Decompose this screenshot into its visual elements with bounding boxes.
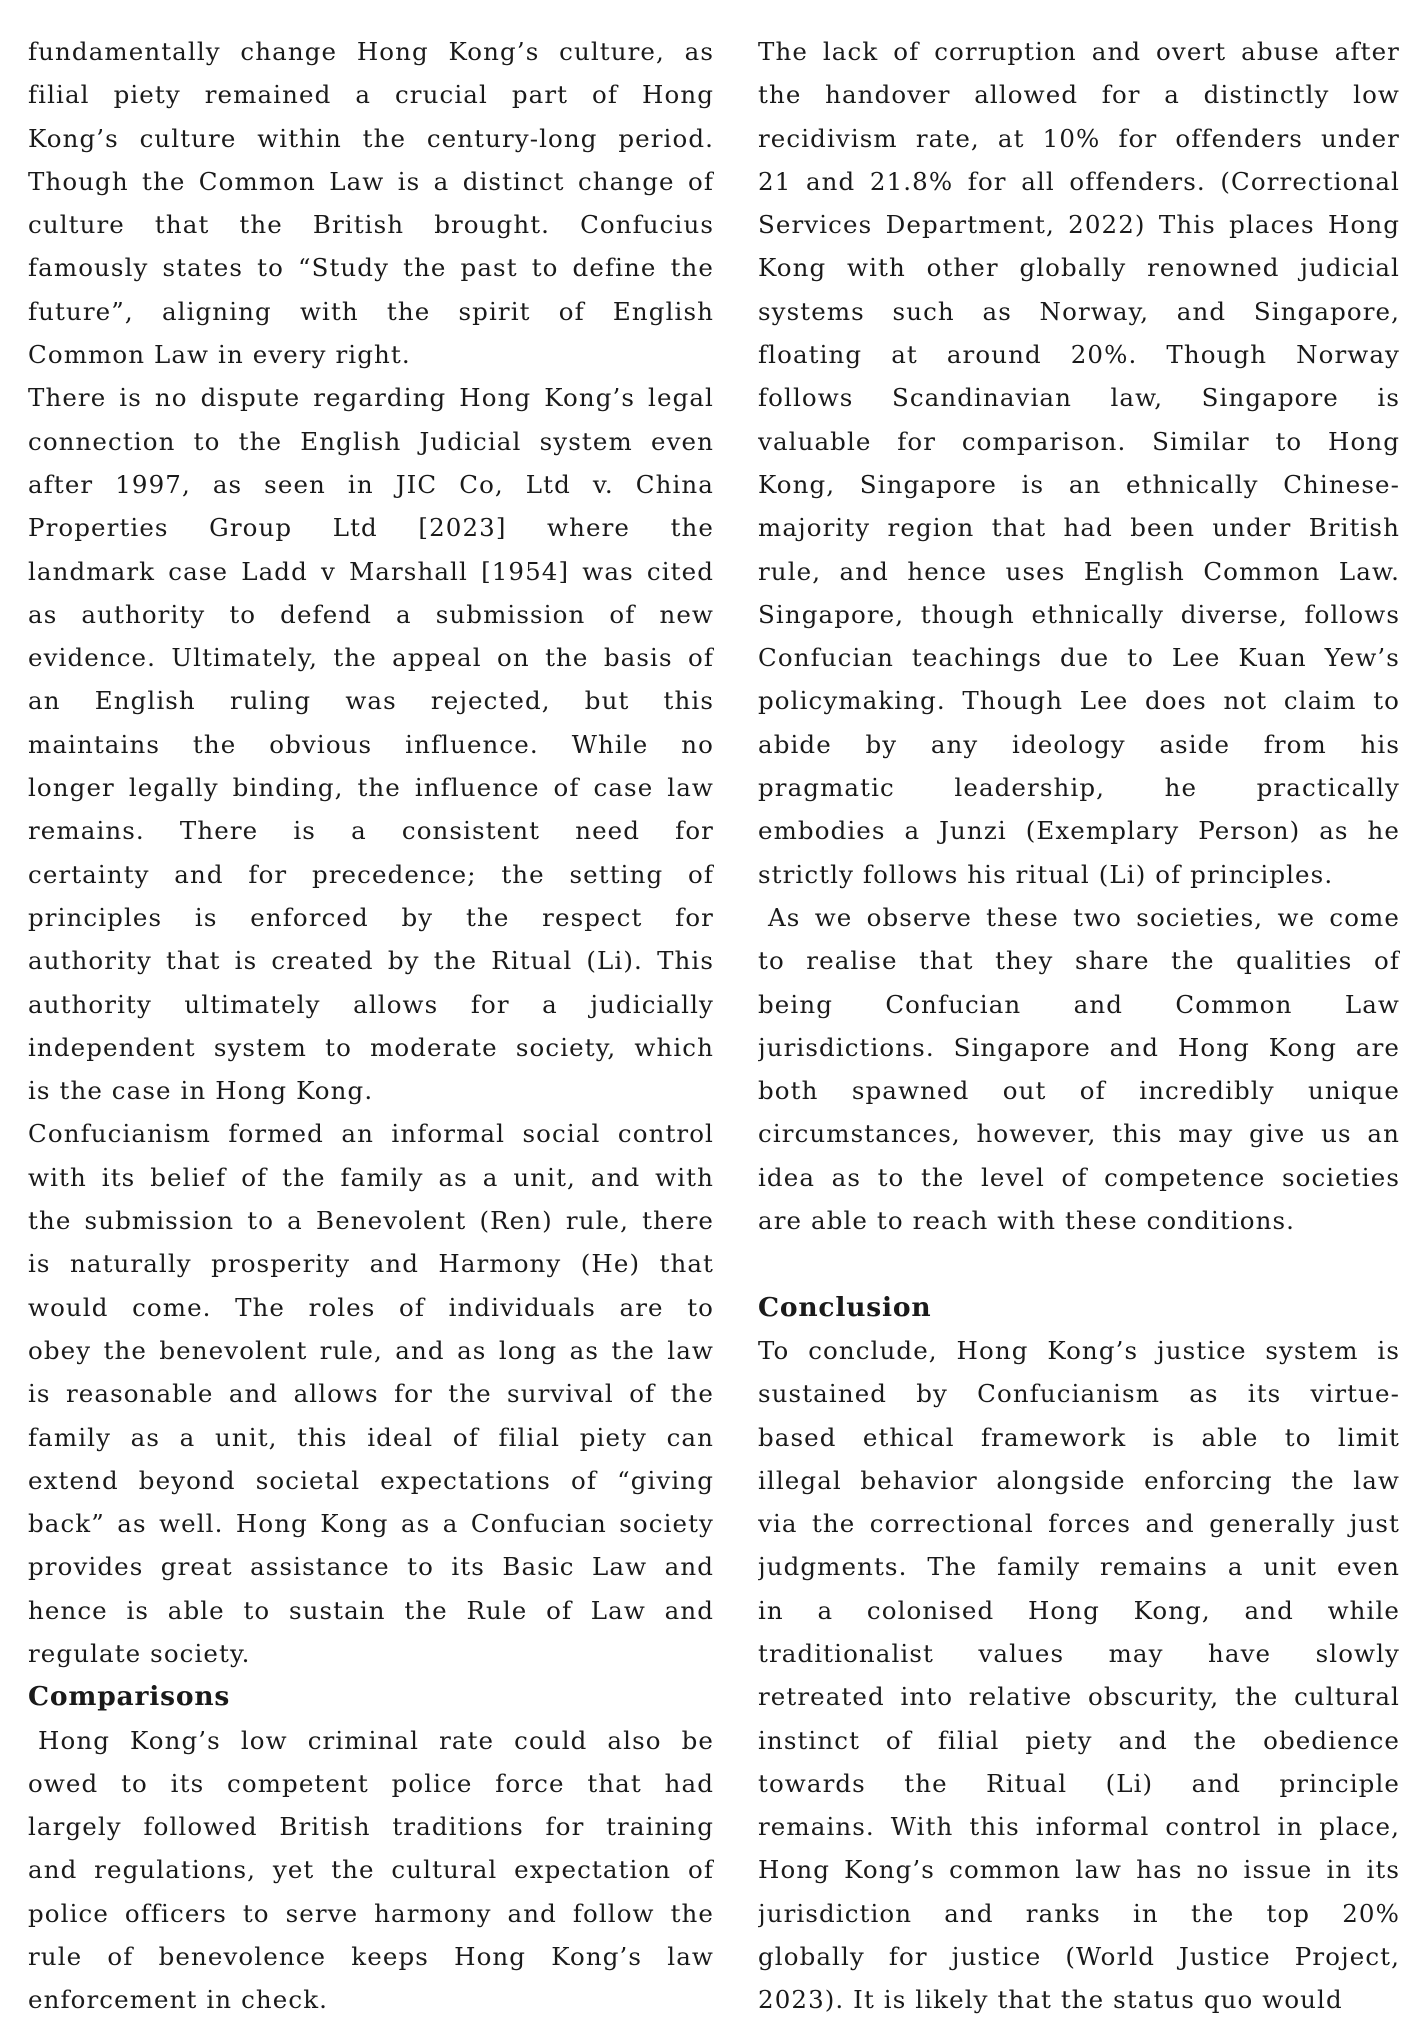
text-line: Common Law in every right.	[28, 333, 714, 376]
text-line: is reasonable and allows for the surviva…	[28, 1372, 714, 1415]
paragraph: There is no dispute regarding Hong Kong’…	[28, 376, 714, 1112]
text-line: authority ultimately allows for a judici…	[28, 983, 714, 1026]
text-line: retreated into relative obscurity, the c…	[758, 1675, 1400, 1718]
text-line: filial piety remained a crucial part of …	[28, 73, 714, 116]
text-line: connection to the English Judicial syste…	[28, 420, 714, 463]
text-line: would come. The roles of individuals are…	[28, 1286, 714, 1329]
right-column: The lack of corruption and overt abuse a…	[758, 30, 1400, 2022]
text-line: abide by any ideology aside from his	[758, 723, 1400, 766]
text-line: based ethical framework is able to limit	[758, 1416, 1400, 1459]
text-line: evidence. Ultimately, the appeal on the …	[28, 636, 714, 679]
text-line: judgments. The family remains a unit eve…	[758, 1545, 1400, 1588]
text-line: extend beyond societal expectations of “…	[28, 1459, 714, 1502]
text-line: back” as well. Hong Kong as a Confucian …	[28, 1502, 714, 1545]
text-line: towards the Ritual (Li) and principle	[758, 1762, 1400, 1805]
text-line: principles is enforced by the respect fo…	[28, 896, 714, 939]
text-line: instinct of filial piety and the obedien…	[758, 1719, 1400, 1762]
text-line: Hong Kong’s low criminal rate could also…	[28, 1719, 714, 1762]
text-line: Confucianism formed an informal social c…	[28, 1112, 714, 1155]
text-line: family as a unit, this ideal of filial p…	[28, 1416, 714, 1459]
text-line: with its belief of the family as a unit,…	[28, 1156, 714, 1199]
text-line: To conclude, Hong Kong’s justice system …	[758, 1329, 1400, 1372]
text-line: hence is able to sustain the Rule of Law…	[28, 1589, 714, 1632]
text-line: famously states to “Study the past to de…	[28, 246, 714, 289]
text-line: maintains the obvious influence. While n…	[28, 723, 714, 766]
text-line: is the case in Hong Kong.	[28, 1069, 714, 1112]
text-line: 21 and 21.8% for all offenders. (Correct…	[758, 160, 1400, 203]
text-line: independent system to moderate society, …	[28, 1026, 714, 1069]
text-line: the handover allowed for a distinctly lo…	[758, 73, 1400, 116]
text-line: circumstances, however, this may give us…	[758, 1112, 1400, 1155]
text-line: being Confucian and Common Law	[758, 983, 1400, 1026]
text-line: after 1997, as seen in JIC Co, Ltd v. Ch…	[28, 463, 714, 506]
text-line: embodies a Junzi (Exemplary Person) as h…	[758, 809, 1400, 852]
text-line: owed to its competent police force that …	[28, 1762, 714, 1805]
text-line: rule, and hence uses English Common Law.	[758, 550, 1400, 593]
text-line: jurisdictions. Singapore and Hong Kong a…	[758, 1026, 1400, 1069]
text-line: authority that is created by the Ritual …	[28, 939, 714, 982]
text-line: regulate society.	[28, 1632, 714, 1675]
text-line: enforcement in check.	[28, 1978, 714, 2021]
text-line: both spawned out of incredibly unique	[758, 1069, 1400, 1112]
text-line: Singapore, though ethnically diverse, fo…	[758, 593, 1400, 636]
text-line: the submission to a Benevolent (Ren) rul…	[28, 1199, 714, 1242]
text-line: and regulations, yet the cultural expect…	[28, 1848, 714, 1891]
paragraph: As we observe these two societies, we co…	[758, 896, 1400, 1242]
text-line: majority region that had been under Brit…	[758, 506, 1400, 549]
text-line: in a colonised Hong Kong, and while	[758, 1589, 1400, 1632]
paragraph: fundamentally change Hong Kong’s culture…	[28, 30, 714, 376]
paragraph-spacer	[758, 1242, 1400, 1285]
text-line: Properties Group Ltd [2023] where the	[28, 506, 714, 549]
text-line: policymaking. Though Lee does not claim …	[758, 679, 1400, 722]
text-line: largely followed British traditions for …	[28, 1805, 714, 1848]
text-line: remains. There is a consistent need for	[28, 809, 714, 852]
text-line: Kong with other globally renowned judici…	[758, 246, 1400, 289]
text-line: Services Department, 2022) This places H…	[758, 203, 1400, 246]
text-line: traditionalist values may have slowly	[758, 1632, 1400, 1675]
text-line: Confucian teachings due to Lee Kuan Yew’…	[758, 636, 1400, 679]
text-line: recidivism rate, at 10% for offenders un…	[758, 117, 1400, 160]
text-line: Kong’s culture within the century-long p…	[28, 117, 714, 160]
text-line: via the correctional forces and generall…	[758, 1502, 1400, 1545]
text-line: is naturally prosperity and Harmony (He)…	[28, 1242, 714, 1285]
text-line: to realise that they share the qualities…	[758, 939, 1400, 982]
section-heading: Conclusion	[758, 1286, 1400, 1329]
text-line: 2023). It is likely that the status quo …	[758, 1978, 1400, 2021]
paragraph: Hong Kong’s low criminal rate could also…	[28, 1719, 714, 2022]
text-line: idea as to the level of competence socie…	[758, 1156, 1400, 1199]
text-line: certainty and for precedence; the settin…	[28, 853, 714, 896]
text-line: valuable for comparison. Similar to Hong	[758, 420, 1400, 463]
paragraph: Confucianism formed an informal social c…	[28, 1112, 714, 1675]
text-line: globally for justice (World Justice Proj…	[758, 1935, 1400, 1978]
text-line: strictly follows his ritual (Li) of prin…	[758, 853, 1400, 896]
text-line: As we observe these two societies, we co…	[758, 896, 1400, 939]
text-line: rule of benevolence keeps Hong Kong’s la…	[28, 1935, 714, 1978]
text-line: jurisdiction and ranks in the top 20%	[758, 1892, 1400, 1935]
text-line: illegal behavior alongside enforcing the…	[758, 1459, 1400, 1502]
text-line: culture that the British brought. Confuc…	[28, 203, 714, 246]
text-line: Kong, Singapore is an ethnically Chinese…	[758, 463, 1400, 506]
text-line: future”, aligning with the spirit of Eng…	[28, 290, 714, 333]
text-line: The lack of corruption and overt abuse a…	[758, 30, 1400, 73]
text-line: remains. With this informal control in p…	[758, 1805, 1400, 1848]
text-line: obey the benevolent rule, and as long as…	[28, 1329, 714, 1372]
text-line: There is no dispute regarding Hong Kong’…	[28, 376, 714, 419]
paragraph: The lack of corruption and overt abuse a…	[758, 30, 1400, 896]
text-line: police officers to serve harmony and fol…	[28, 1892, 714, 1935]
text-line: provides great assistance to its Basic L…	[28, 1545, 714, 1588]
text-line: an English ruling was rejected, but this	[28, 679, 714, 722]
paragraph: To conclude, Hong Kong’s justice system …	[758, 1329, 1400, 2022]
left-column: fundamentally change Hong Kong’s culture…	[28, 30, 714, 2022]
text-line: are able to reach with these conditions.	[758, 1199, 1400, 1242]
text-line: landmark case Ladd v Marshall [1954] was…	[28, 550, 714, 593]
text-line: follows Scandinavian law, Singapore is	[758, 376, 1400, 419]
text-line: pragmatic leadership, he practically	[758, 766, 1400, 809]
text-line: longer legally binding, the influence of…	[28, 766, 714, 809]
text-line: floating at around 20%. Though Norway	[758, 333, 1400, 376]
text-line: fundamentally change Hong Kong’s culture…	[28, 30, 714, 73]
text-line: as authority to defend a submission of n…	[28, 593, 714, 636]
section-heading: Comparisons	[28, 1675, 714, 1718]
text-line: Though the Common Law is a distinct chan…	[28, 160, 714, 203]
text-line: Hong Kong’s common law has no issue in i…	[758, 1848, 1400, 1891]
text-line: sustained by Confucianism as its virtue-	[758, 1372, 1400, 1415]
text-line: systems such as Norway, and Singapore,	[758, 290, 1400, 333]
